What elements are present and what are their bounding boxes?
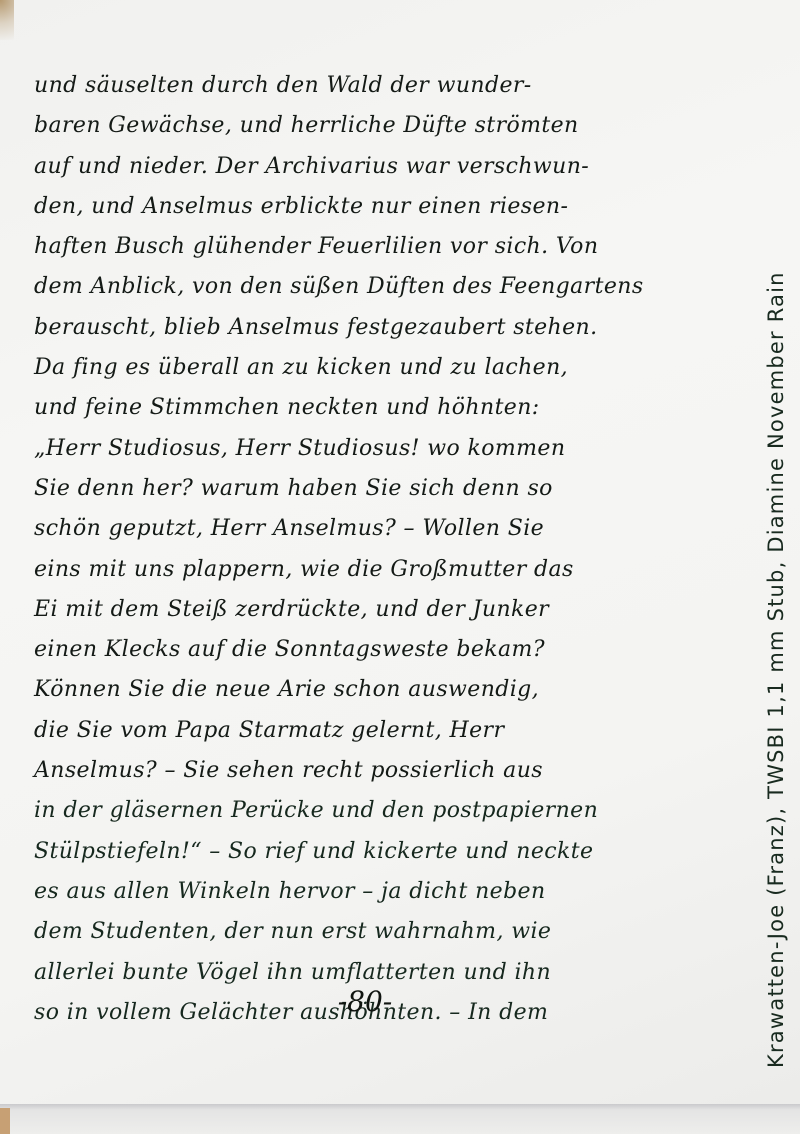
- text-line: in der gläsernen Perücke und den postpap…: [34, 791, 724, 831]
- text-line: Ei mit dem Steiß zerdrückte, und der Jun…: [34, 590, 724, 630]
- text-line: auf und nieder. Der Archivarius war vers…: [34, 147, 724, 187]
- margin-note-pen-ink: Krawatten-Joe (Franz), TWSBI 1,1 mm Stub…: [764, 271, 788, 1068]
- text-line: es aus allen Winkeln hervor – ja dicht n…: [34, 872, 724, 912]
- text-line: Sie denn her? warum haben Sie sich denn …: [34, 469, 724, 509]
- notebook-page: und säuselten durch den Wald der wunder-…: [0, 0, 800, 1104]
- text-line: die Sie vom Papa Starmatz gelernt, Herr: [34, 711, 724, 751]
- desk-background-bottom: [0, 1108, 10, 1134]
- text-line: dem Anblick, von den süßen Düften des Fe…: [34, 267, 724, 307]
- text-line: Können Sie die neue Arie schon auswendig…: [34, 670, 724, 710]
- text-line: Anselmus? – Sie sehen recht possierlich …: [34, 751, 724, 791]
- text-line: haften Busch glühender Feuerlilien vor s…: [34, 227, 724, 267]
- text-line: „Herr Studiosus, Herr Studiosus! wo komm…: [34, 429, 724, 469]
- text-line: berauscht, blieb Anselmus festgezaubert …: [34, 308, 724, 348]
- text-line: den, und Anselmus erblickte nur einen ri…: [34, 187, 724, 227]
- text-line: und säuselten durch den Wald der wunder-: [34, 66, 724, 106]
- text-line: und feine Stimmchen neckten und höhnten:: [34, 388, 724, 428]
- text-line: einen Klecks auf die Sonntagsweste bekam…: [34, 630, 724, 670]
- text-line: Stülpstiefeln!“ – So rief und kickerte u…: [34, 832, 724, 872]
- text-line: dem Studenten, der nun erst wahrnahm, wi…: [34, 912, 724, 952]
- page-number: -80-: [310, 985, 420, 1018]
- text-line: schön geputzt, Herr Anselmus? – Wollen S…: [34, 509, 724, 549]
- page-stack-edge: [0, 1104, 800, 1134]
- text-line: Da fing es überall an zu kicken und zu l…: [34, 348, 724, 388]
- text-line: baren Gewächse, und herrliche Düfte strö…: [34, 106, 724, 146]
- desk-background-corner: [0, 0, 14, 40]
- handwritten-text-block: und säuselten durch den Wald der wunder-…: [34, 66, 724, 1033]
- text-line: eins mit uns plappern, wie die Großmutte…: [34, 550, 724, 590]
